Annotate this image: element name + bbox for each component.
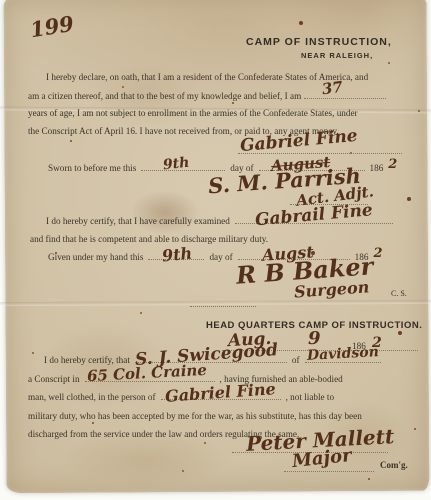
principal-name-blank: S. J. Swicegood xyxy=(135,351,287,363)
oath-line1: I hereby declare, on oath, that I am a r… xyxy=(28,69,414,87)
discharge-line3: man, well clothed, in the person of Gabr… xyxy=(28,388,424,407)
county-blank: Davidson xyxy=(305,351,381,363)
surgeon-line2: and find that he is competent and able t… xyxy=(30,231,422,249)
oath-line2-text: am a citizen thereof, and that to the be… xyxy=(28,91,301,101)
oath-line3: years of age, I am not subject to enroll… xyxy=(28,105,414,123)
signature-line xyxy=(190,306,256,307)
discharge-line2-text: a Conscript in xyxy=(28,370,80,389)
sworn-year-digit: 2 xyxy=(388,157,397,172)
discharge-line3-post: , not liable to xyxy=(286,388,334,407)
sworn-year-printed: 186 xyxy=(370,163,384,173)
surgeon-line1: I do hereby certify, that I have careful… xyxy=(30,212,422,231)
given-day-of: day of xyxy=(209,249,232,267)
commanding-printed: Com'g. xyxy=(380,460,408,470)
form-title: CAMP OF INSTRUCTION, xyxy=(246,36,392,48)
sworn-day-blank: 9th xyxy=(141,159,225,171)
sworn-pre: Sworn to before me this xyxy=(48,163,136,173)
discharge-line3-text: man, well clothed, in the person of xyxy=(28,388,156,407)
discharge-line4: military duty, who has been accepted by … xyxy=(28,407,424,426)
unit-blank: 65 Col. Craine xyxy=(85,370,215,382)
substitute-name-blank: Gabriel Fine xyxy=(161,388,281,400)
given-under-text: Given under my hand this xyxy=(48,249,143,267)
form-subtitle: NEAR RALEIGH, xyxy=(301,51,373,60)
examined-name-blank: Gabrail Fine xyxy=(235,212,393,224)
age-entry: 37 xyxy=(320,79,343,99)
given-year-digit: 2 xyxy=(373,245,382,263)
surgeon-title-printed: C. S. xyxy=(391,289,407,298)
surgeon-line1-text: I do hereby certify, that I have careful… xyxy=(30,213,230,231)
county-entry: Davidson xyxy=(306,344,379,366)
sworn-day-entry: 9th xyxy=(163,155,191,174)
scanned-document: 199 CAMP OF INSTRUCTION, NEAR RALEIGH, I… xyxy=(0,0,431,500)
given-day-blank: 9th xyxy=(148,248,204,260)
given-day-entry: 9th xyxy=(162,244,194,265)
paper-specks xyxy=(0,0,2,2)
discharge-of-word: of xyxy=(292,351,300,370)
age-blank: 37 xyxy=(304,87,386,99)
oath-line2: am a citizen thereof, and that to the be… xyxy=(28,87,414,106)
